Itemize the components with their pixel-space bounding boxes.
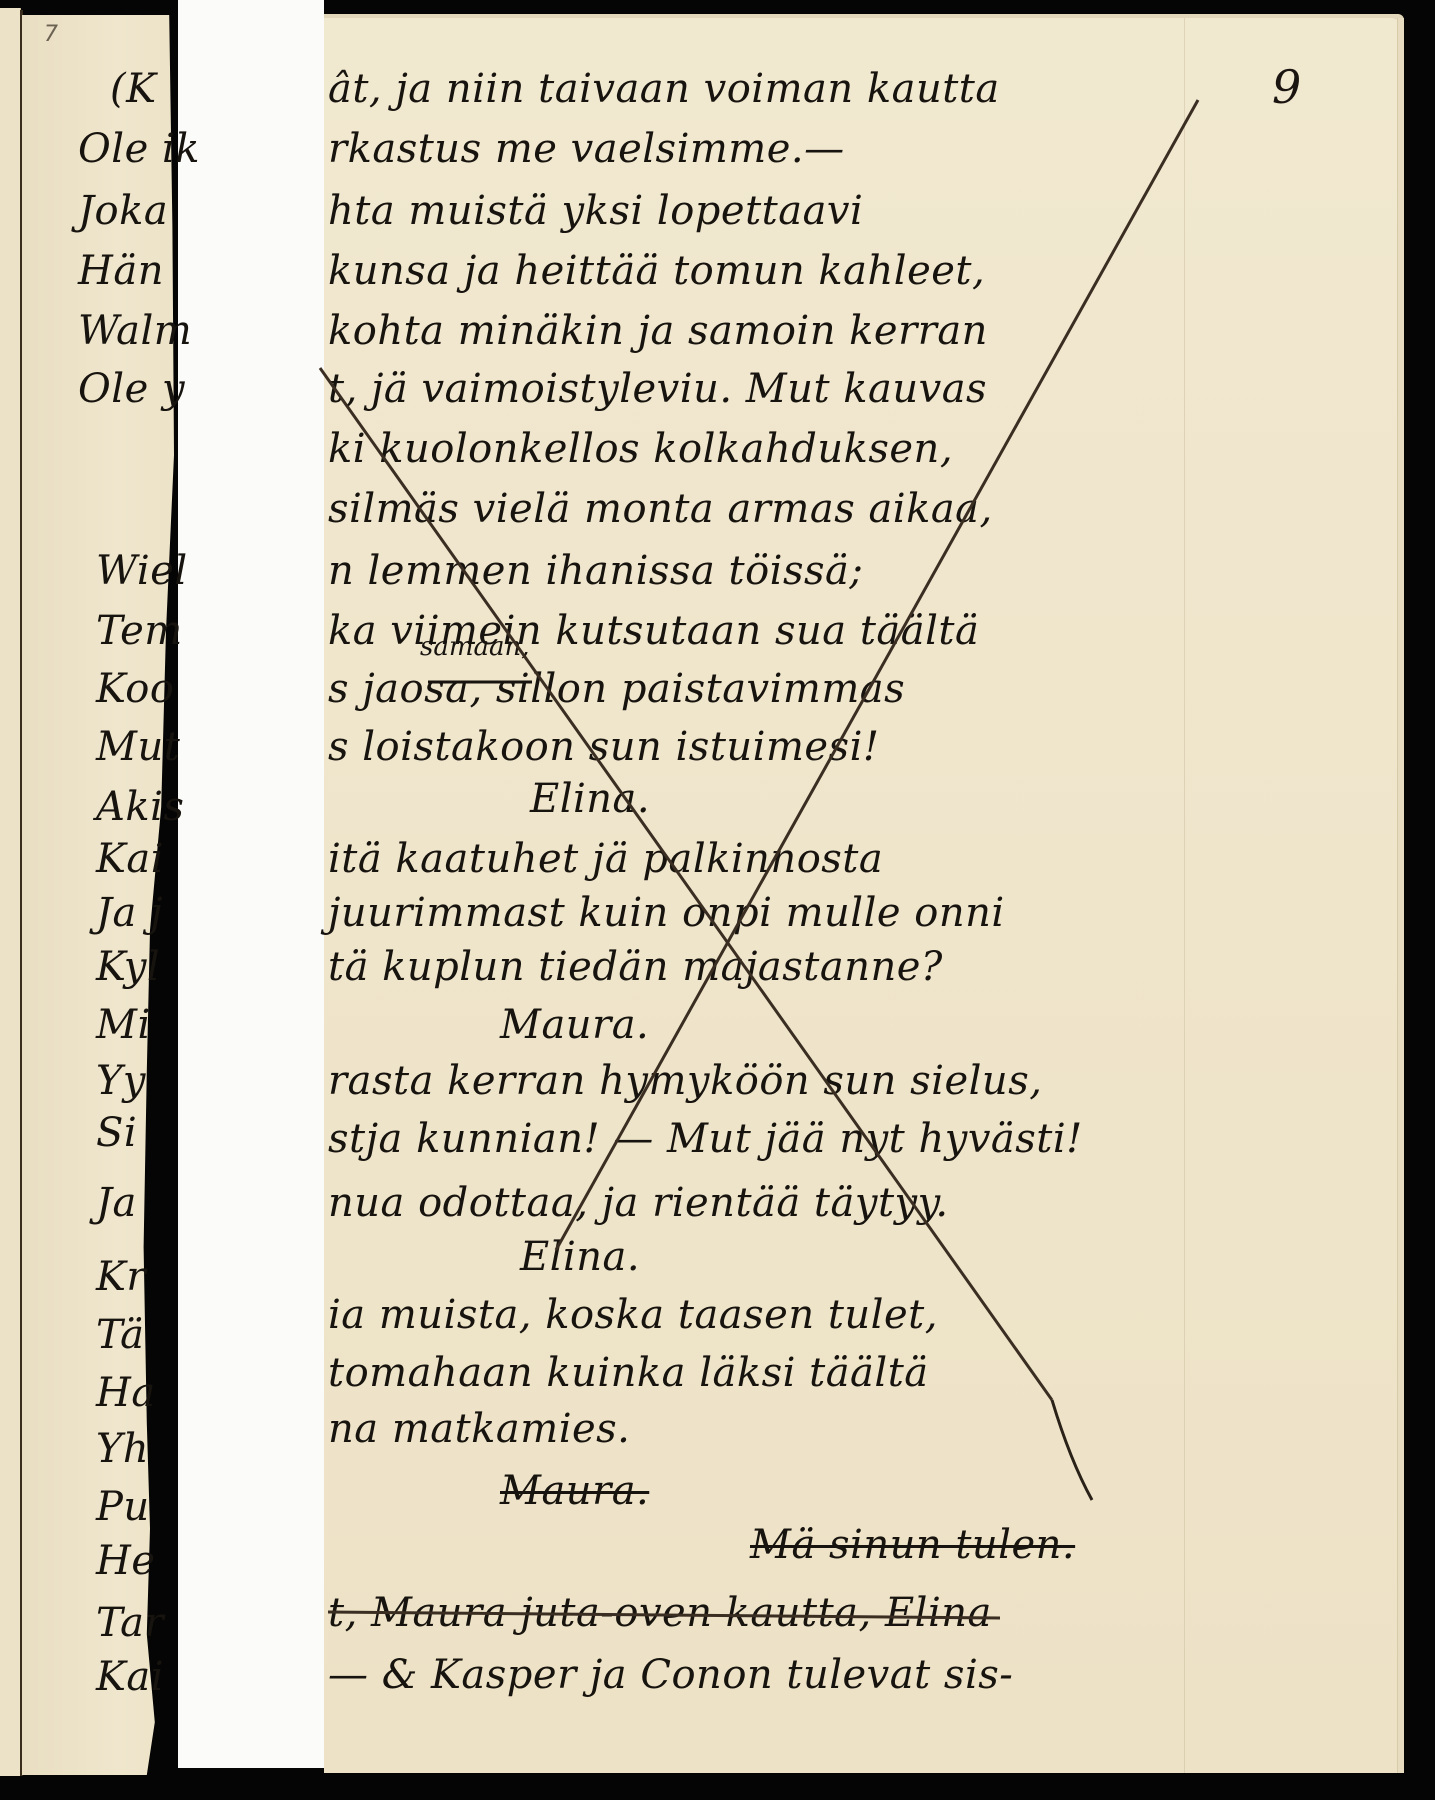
line-6-left: Ole y [78,366,185,412]
line-20-left: Yy [96,1058,146,1104]
line-26-left: Ha [96,1370,156,1416]
line-3-left: Joka [78,188,168,234]
line-2-left: Ole ik [78,126,200,172]
line-9-text: n lemmen ihanissa töissä; [328,548,863,594]
line-11-text: s jaosa, sillon paistavimmas [328,666,905,712]
line-16-left: Ja j [96,890,163,936]
line-26-text: na matkamies. [328,1406,630,1452]
line-24-left: Kr [96,1254,146,1300]
line-4-left: Hän [78,248,164,294]
line-7-text: ki kuolonkellos kolkahduksen, [328,426,953,472]
line-22-text: nua odottaa, ja rientää täytyy. [328,1180,949,1226]
line-11-insertion: samaan, [420,632,530,662]
line-25-text: tomahaan kuinka läksi täältä [328,1350,929,1396]
line-4-text: kunsa ja heittää tomun kahleet, [328,248,985,294]
page-number-right: 9 [1272,60,1301,114]
line-9-left: Wiel [96,548,188,594]
line-31-left: Tar [96,1600,164,1646]
line-5-text: kohta minäkin ja samoin kerran [328,308,988,354]
speaker-maura-1: Maura. [500,1002,649,1048]
line-21-left: Si [96,1110,137,1156]
speaker-elina-1: Elina. [530,776,650,822]
speaker-maura-2-struck: Maura. [500,1468,649,1514]
line-8-text: silmäs vielä monta armas aikaa, [328,486,993,532]
line-31-text: t, Maura juta-oven kautta, Elina [328,1590,992,1636]
struck-phrase: Mä sinun tulen. [750,1522,1075,1568]
line-21-text: stja kunnian! — Mut jää nyt hyvästi! [328,1116,1083,1162]
line-32-left: Kai [96,1654,164,1700]
line-17-left: Kyl [96,944,160,990]
line-5-left: Walm [78,308,192,354]
line-22-left: Ja [96,1180,137,1226]
line-17-text: tä kuplun tiedän majastanne? [328,944,943,990]
line-19-left: Mi [96,1002,151,1048]
line-12-left: Mut [96,724,180,770]
back-page-strip [0,8,21,1776]
line-10-left: Tem [96,608,183,654]
line-16-text: juurimmast kuin onpi mulle onni [328,890,1005,936]
white-paper-insert [178,0,324,1768]
page-number-left: 7 [44,22,58,47]
line-15-text: itä kaatuhet jä palkinnosta [328,836,883,882]
line-29-left: Pu [96,1484,150,1530]
line-11-left: Koo [96,666,174,712]
line-2-text: rkastus me vaelsimme.— [328,126,845,172]
line-14-left: Akis [96,784,184,830]
line-1-text: ât, ja niin taivaan voiman kautta [328,66,1000,112]
speaker-elina-2: Elina. [520,1234,640,1280]
line-27-left: Yh [96,1426,149,1472]
line-24-text: ia muista, koska taasen tulet, [328,1292,938,1338]
line-12-text: s loistakoon sun istuimesi! [328,724,879,770]
line-25-left: Tä [96,1312,144,1358]
line-32-text: — & Kasper ja Conon tulevat sis- [328,1652,1013,1698]
line-15-left: Kai [96,836,164,882]
page-fold-line [1184,18,1185,1773]
line-3-text: hta muistä yksi lopettaavi [328,188,863,234]
line-20-text: rasta kerran hymyköön sun sielus, [328,1058,1042,1104]
line-6-text: t, jä vaimoistyleviu. Mut kauvas [328,366,987,412]
line-30-left: He [96,1538,156,1584]
line-1-left: (K [110,66,157,112]
